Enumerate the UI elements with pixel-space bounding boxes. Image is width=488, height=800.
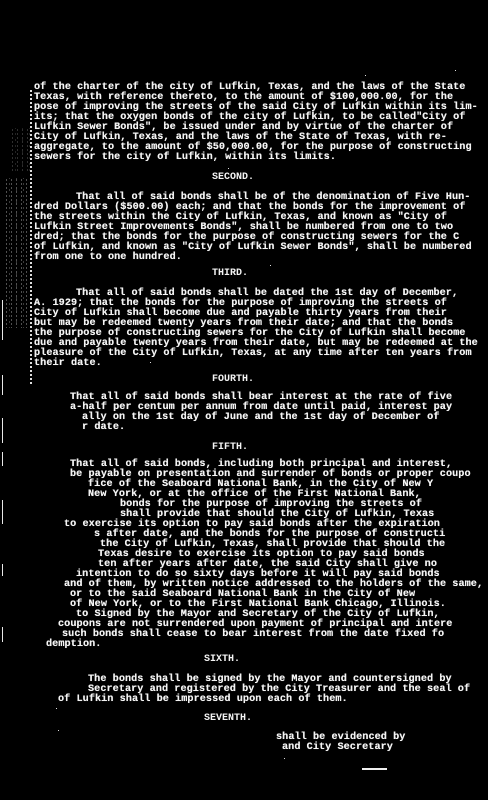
- section-fifth-line: such bonds shall cease to bear interest …: [62, 630, 444, 640]
- section-heading-seventh: SEVENTH.: [204, 714, 252, 724]
- scan-edge-mark: [2, 627, 3, 642]
- scan-speck: [228, 168, 229, 169]
- section-sixth-line: of Lufkin shall be impressed upon each o…: [58, 695, 348, 705]
- scan-edge-mark: [2, 375, 3, 395]
- section-seventh-line: and City Secretary: [282, 743, 393, 753]
- section-fourth-line: r date.: [82, 423, 125, 433]
- scan-speck: [270, 265, 271, 266]
- scan-speck: [58, 730, 59, 731]
- section-heading-fifth: FIFTH.: [212, 443, 248, 453]
- section-fifth-line: demption.: [46, 640, 101, 650]
- scan-speck: [365, 75, 366, 76]
- scan-edge-mark: [2, 300, 3, 340]
- section-heading-fourth: FOURTH.: [212, 375, 254, 385]
- scan-noise-left-margin-upper: [10, 128, 30, 173]
- section-third-line: their date.: [34, 359, 102, 369]
- scan-speck: [284, 758, 285, 759]
- intro-line: sewers for the city of Lufkin, within it…: [34, 153, 336, 163]
- section-heading-third: THIRD.: [212, 269, 248, 279]
- scan-speck: [150, 362, 151, 363]
- binding-margin-rule: [30, 90, 32, 385]
- section-fourth-line: ally on the 1st day of June and the 1st …: [82, 413, 439, 423]
- scan-noise-left-margin: [4, 178, 30, 328]
- scan-edge-mark: [2, 564, 3, 576]
- scan-speck: [56, 708, 57, 709]
- scanned-document-page: of the charter of the city of Lufkin, Te…: [0, 0, 488, 800]
- scan-edge-mark: [2, 500, 3, 524]
- scan-edge-mark: [2, 452, 3, 466]
- section-second-line: from one to one hundred.: [34, 253, 182, 263]
- signature-underline: [362, 768, 387, 770]
- section-heading-sixth: SIXTH.: [204, 655, 240, 665]
- scan-edge-mark: [2, 418, 3, 443]
- section-heading-second: SECOND.: [212, 173, 254, 183]
- scan-speck: [455, 70, 456, 71]
